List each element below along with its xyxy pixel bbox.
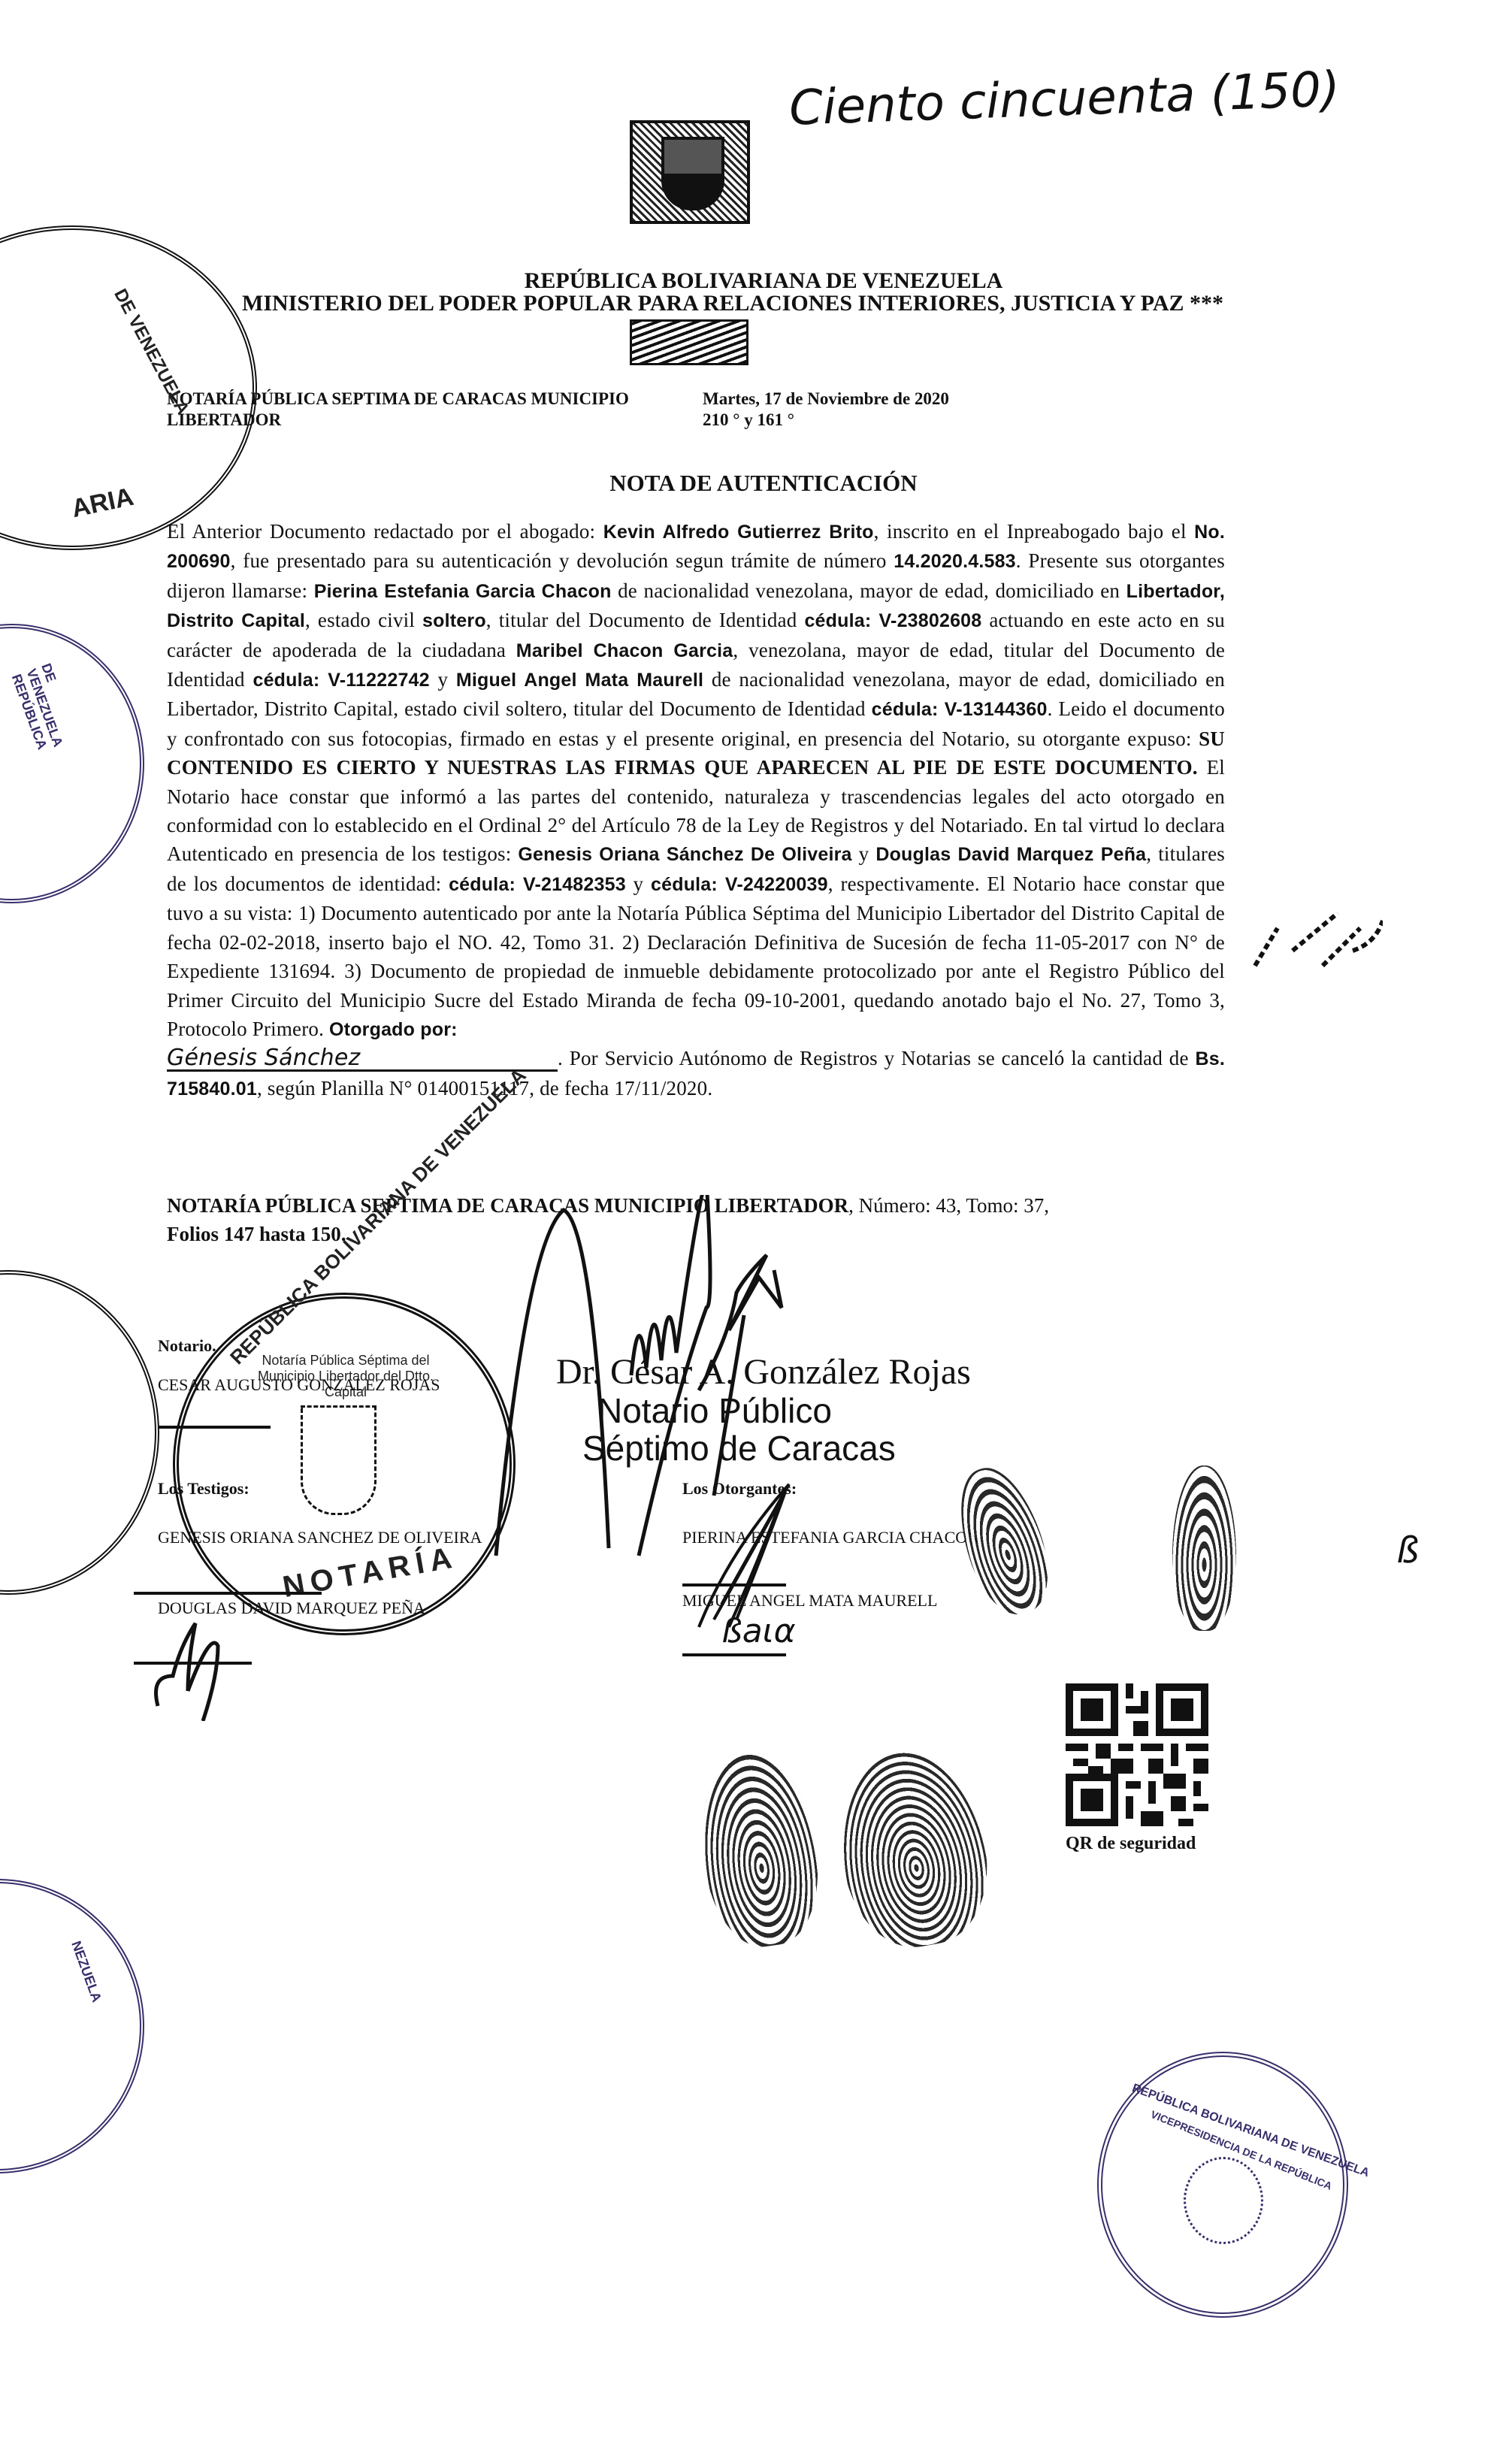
notary-stamp-title: Notario Público: [526, 1392, 971, 1429]
year-line: 210 ° y 161 °: [703, 410, 949, 431]
coat-of-arms-icon: [630, 120, 750, 224]
witness-2-id: cédula: V-24220039: [651, 874, 828, 895]
grantor-1-printed-name: PIERINA ESTEFANIA GARCIA CHACON: [682, 1528, 979, 1547]
grantor-1-signature-line: [682, 1583, 786, 1586]
witnesses-label: Los Testigos:: [158, 1479, 249, 1499]
ministry-logo-icon: [630, 319, 748, 365]
principal-name: Maribel Chacon Garcia: [516, 640, 733, 661]
granted-by-signature: Génesis Sánchez: [167, 1047, 558, 1072]
lawyer-name: Kevin Alfredo Gutierrez Brito: [603, 522, 874, 543]
grantor-2-printed-name: MIGUEL ANGEL MATA MAURELL: [682, 1591, 937, 1611]
notary-label: Notario.: [158, 1336, 216, 1356]
witness-2-signature-line: [134, 1662, 252, 1665]
principal-id: cédula: V-11222742: [253, 670, 429, 691]
witness-2-signature: [143, 1616, 233, 1721]
notary-name: CESAR AUGUSTO GONZALEZ ROJAS: [158, 1375, 440, 1395]
witness-1-id: cédula: V-21482353: [449, 874, 626, 895]
witness-1-signature-line: [134, 1592, 322, 1595]
witness-1-printed-name: GENESIS ORIANA SANCHEZ DE OLIVEIRA: [158, 1528, 482, 1547]
witness-1-name: Genesis Oriana Sánchez De Oliveira: [518, 844, 851, 865]
authentication-body: El Anterior Documento redactado por el a…: [167, 517, 1225, 1103]
notary-stamp-office: Séptimo de Caracas: [526, 1429, 971, 1467]
left-seal-middle: [0, 624, 144, 903]
grantor-2-id: cédula: V-13144360: [872, 699, 1048, 720]
left-seal-bottom: [0, 1879, 144, 2173]
fingerprint-icon: [826, 1740, 1000, 1957]
margin-scribble-icon: [1232, 898, 1383, 1018]
witness-2-name: Douglas David Marquez Peña: [875, 844, 1146, 865]
handwritten-folio-number: Ciento cincuenta (150): [788, 62, 1341, 137]
notary-stamp-name: Dr. César A. González Rojas: [526, 1353, 971, 1392]
fingerprint-icon: [1172, 1465, 1236, 1631]
grantor-2-name: Miguel Angel Mata Maurell: [456, 670, 703, 691]
qr-caption: QR de seguridad: [1066, 1834, 1196, 1854]
left-seal-lower: [0, 1270, 159, 1595]
fingerprint-icon: [690, 1744, 829, 1953]
notary-stamp: Dr. César A. González Rojas Notario Públ…: [526, 1353, 971, 1467]
notaria-seal-crest-icon: [301, 1405, 376, 1515]
notary-signature-line: [158, 1426, 271, 1429]
ministry-title: MINISTERIO DEL PODER POPULAR PARA RELACI…: [242, 291, 1223, 316]
date-line: Martes, 17 de Noviembre de 2020: [703, 389, 949, 410]
date-header: Martes, 17 de Noviembre de 2020 210 ° y …: [703, 389, 949, 431]
grantor-1-name: Pierina Estefania Garcia Chacon: [314, 581, 612, 602]
grantor-1-id: cédula: V-23802608: [804, 610, 981, 631]
grantor-2-signature: ßaια: [721, 1612, 796, 1650]
grantor-2-signature-line: [682, 1653, 786, 1656]
note-title: NOTA DE AUTENTICACIÓN: [0, 470, 1512, 497]
republic-title: REPÚBLICA BOLIVARIANA DE VENEZUELA: [0, 268, 1512, 294]
security-qr-code[interactable]: [1066, 1683, 1208, 1826]
apostille-seal-crest-icon: [1184, 2157, 1263, 2244]
margin-initial: ß: [1396, 1529, 1419, 1571]
